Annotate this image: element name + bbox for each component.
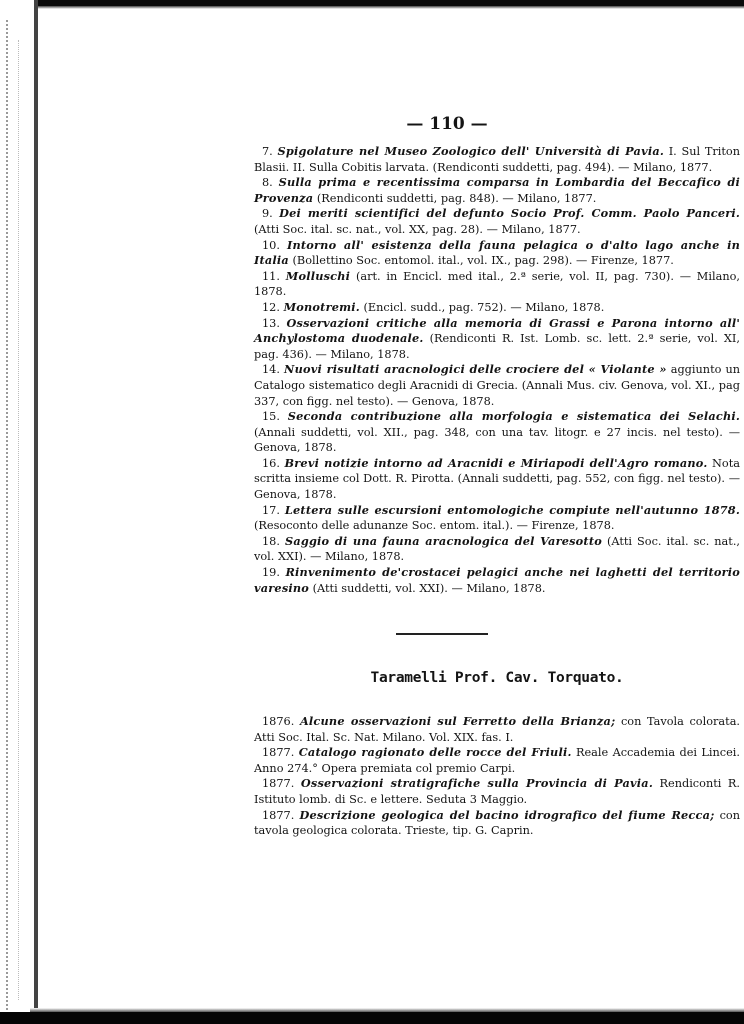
scan-left-edge — [34, 0, 38, 1010]
author-heading: Taramelli Prof. Cav. Torquato. — [254, 670, 740, 686]
entry-citation: (Atti suddetti, vol. XXI). — Milano, 187… — [309, 582, 545, 595]
bibliography-entry: 1877. Descrizione geologica del bacino i… — [254, 808, 740, 839]
bibliography-entry: 10. Intorno all' esistenza della fauna p… — [254, 238, 740, 269]
entry-number: 7. — [262, 145, 273, 158]
bibliography-entry: 17. Lettera sulle escursioni entomologic… — [254, 503, 740, 534]
scan-top-shadow — [36, 6, 744, 9]
entry-title: Seconda contribuzione alla morfologia e … — [288, 409, 740, 423]
entry-year: 1877. — [262, 746, 294, 759]
entry-year: 1877. — [262, 809, 294, 822]
entry-number: 12. — [262, 301, 280, 314]
entry-citation: (Resoconto delle adunanze Soc. entom. it… — [254, 519, 615, 532]
entry-number: 18. — [262, 535, 280, 548]
entry-number: 11. — [262, 270, 280, 283]
entry-title: Osservazioni stratigrafiche sulla Provin… — [301, 776, 653, 790]
entry-title: Monotremi. — [284, 300, 360, 314]
entry-number: 17. — [262, 504, 280, 517]
bibliography-list: 7. Spigolature nel Museo Zoologico dell'… — [254, 144, 740, 596]
entry-year: 1877. — [262, 777, 294, 790]
entry-title: Descrizione geologica del bacino idrogra… — [299, 808, 714, 822]
entry-citation: (Atti Soc. ital. sc. nat., vol. XX, pag.… — [254, 223, 581, 236]
entry-title: Dei meriti scientifici del defunto Socio… — [279, 206, 740, 220]
bibliography-entry: 1876. Alcune osservazioni sul Ferretto d… — [254, 714, 740, 745]
entry-title: Alcune osservazioni sul Ferretto della B… — [300, 714, 615, 728]
entry-number: 10. — [262, 239, 280, 252]
bibliography-entry: 15. Seconda contribuzione alla morfologi… — [254, 409, 740, 456]
entry-number: 9. — [262, 207, 273, 220]
bibliography-entry: 16. Brevi notizie intorno ad Aracnidi e … — [254, 456, 740, 503]
entry-title: Brevi notizie intorno ad Aracnidi e Miri… — [285, 456, 708, 470]
page-number-text: — 110 — — [406, 114, 487, 134]
entry-number: 19. — [262, 566, 280, 579]
entry-title: Catalogo ragionato delle rocce del Friul… — [299, 745, 572, 759]
bibliography-entry: 13. Osservazioni critiche alla memoria d… — [254, 316, 740, 363]
bibliography-entry: 14. Nuovi risultati aracnologici delle c… — [254, 362, 740, 409]
scan-bottom-border — [0, 1012, 744, 1024]
entry-title: Saggio di una fauna aracnologica del Var… — [285, 534, 602, 548]
bibliography-entry: 1877. Catalogo ragionato delle rocce del… — [254, 745, 740, 776]
scan-left-speckle — [18, 40, 21, 1000]
entry-number: 14. — [262, 363, 280, 376]
entry-year: 1876. — [262, 715, 294, 728]
section-divider — [396, 633, 488, 635]
bibliography-entry: 19. Rinvenimento de'crostacei pelagici a… — [254, 565, 740, 596]
entry-citation: (Bollettino Soc. entomol. ital., vol. IX… — [289, 254, 674, 267]
entry-citation: (Rendiconti suddetti, pag. 848). — Milan… — [313, 192, 596, 205]
bibliography-entry: 7. Spigolature nel Museo Zoologico dell'… — [254, 144, 740, 175]
entry-number: 15. — [262, 410, 280, 423]
entry-title: Molluschi — [286, 269, 350, 283]
entry-title: Spigolature nel Museo Zoologico dell' Un… — [278, 144, 664, 158]
bibliography-entry: 12. Monotremi. (Encicl. sudd., pag. 752)… — [254, 300, 740, 316]
scan-left-speckle — [6, 20, 12, 1010]
entry-title: Lettera sulle escursioni entomologiche c… — [285, 503, 740, 517]
entry-citation: (Annali suddetti, vol. XII., pag. 348, c… — [254, 426, 740, 455]
bibliography-entry: 18. Saggio di una fauna aracnologica del… — [254, 534, 740, 565]
entry-number: 16. — [262, 457, 280, 470]
entry-number: 13. — [262, 317, 280, 330]
bibliography-list-taramelli: 1876. Alcune osservazioni sul Ferretto d… — [254, 714, 740, 839]
bibliography-entry: 11. Molluschi (art. in Encicl. med ital.… — [254, 269, 740, 300]
entry-number: 8. — [262, 176, 273, 189]
entry-title: Nuovi risultati aracnologici delle croci… — [284, 362, 667, 376]
entry-citation: (Encicl. sudd., pag. 752). — Milano, 187… — [360, 301, 604, 314]
page-number: — 110 — — [0, 114, 744, 134]
bibliography-entry: 8. Sulla prima e recentissima comparsa i… — [254, 175, 740, 206]
bibliography-entry: 9. Dei meriti scientifici del defunto So… — [254, 206, 740, 237]
bibliography-entry: 1877. Osservazioni stratigrafiche sulla … — [254, 776, 740, 807]
